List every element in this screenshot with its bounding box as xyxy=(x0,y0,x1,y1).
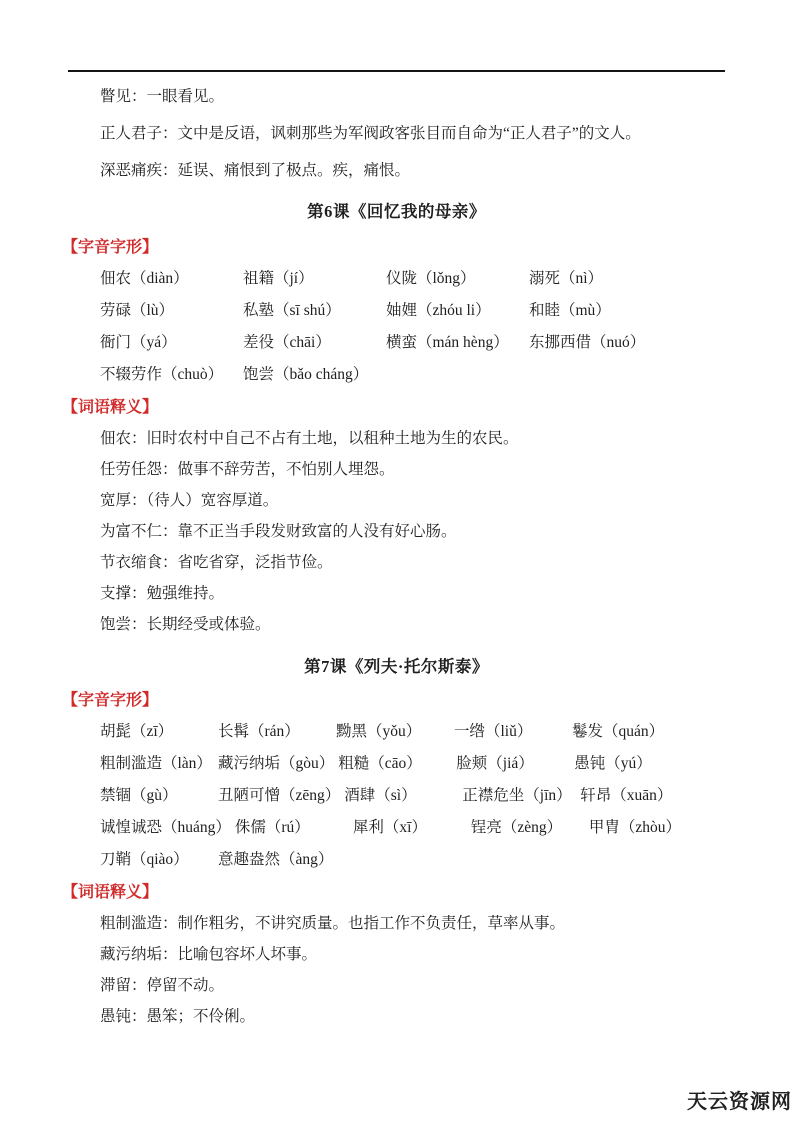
pinyin-term: 刀鞘（qiào） xyxy=(100,844,218,876)
gloss-line: 藏污纳垢：比喻包容坏人坏事。 xyxy=(100,939,793,970)
pinyin-row: 刀鞘（qiào） 意趣盎然（àng） xyxy=(100,844,793,876)
pinyin-term: 长髯（rán） xyxy=(218,716,336,748)
gloss-line: 宽厚：（待人）宽容厚道。 xyxy=(100,485,793,516)
definition-line: 正人君子：文中是反语，讽刺那些为军阀政客张目而自命为“正人君子”的文人。 xyxy=(100,115,793,152)
pinyin-term: 鬈发（quán） xyxy=(572,716,690,748)
pinyin-term: 胡髭（zī） xyxy=(100,716,218,748)
lesson7-gloss-header: 【词语释义】 xyxy=(62,878,793,908)
pinyin-term: 意趣盎然（àng） xyxy=(218,844,337,876)
definition-line: 深恶痛疾：延误、痛恨到了极点。疾，痛恨。 xyxy=(100,152,793,189)
gloss-line: 滞留：停留不动。 xyxy=(100,970,793,1001)
pinyin-term: 粗糙（cāo） xyxy=(338,748,456,780)
gloss-line: 为富不仁：靠不正当手段发财致富的人没有好心肠。 xyxy=(100,516,793,547)
gloss-line: 饱尝：长期经受或体验。 xyxy=(100,609,793,640)
gloss-line: 愚钝：愚笨；不伶俐。 xyxy=(100,1001,793,1032)
lesson6-pinyin-header: 【字音字形】 xyxy=(62,233,793,263)
pinyin-term: 横蛮（mán hèng） xyxy=(386,327,529,359)
pinyin-term: 差役（chāi） xyxy=(243,327,386,359)
pinyin-term: 粗制滥造（làn） xyxy=(100,748,218,780)
pinyin-row: 劳碌（lù） 私塾（sī shú） 妯娌（zhóu li） 和睦（mù） xyxy=(100,295,793,327)
pinyin-term: 愚钝（yú） xyxy=(574,748,692,780)
pinyin-term: 脸颊（jiá） xyxy=(456,748,574,780)
pinyin-row: 胡髭（zī） 长髯（rán） 黝黑（yǒu） 一绺（liǔ） 鬈发（quán） xyxy=(100,716,793,748)
pinyin-row: 粗制滥造（làn） 藏污纳垢（gòu） 粗糙（cāo） 脸颊（jiá） 愚钝（y… xyxy=(100,748,793,780)
pinyin-term: 诚惶诚恐（huáng） xyxy=(100,812,235,844)
pinyin-term: 不辍劳作（chuò） xyxy=(100,359,243,391)
document-page: 瞥见：一眼看见。 正人君子：文中是反语，讽刺那些为军阀政客张目而自命为“正人君子… xyxy=(0,0,793,1122)
pinyin-term: 禁锢（gù） xyxy=(100,780,218,812)
pinyin-term: 藏污纳垢（gòu） xyxy=(218,748,338,780)
gloss-line: 佃农：旧时农村中自己不占有土地，以租种土地为生的农民。 xyxy=(100,423,793,454)
pinyin-term: 轩昂（xuān） xyxy=(580,780,698,812)
pinyin-term: 溺死（nì） xyxy=(529,263,672,295)
pinyin-term: 侏儒（rú） xyxy=(235,812,353,844)
pinyin-term: 正襟危坐（jīn） xyxy=(462,780,580,812)
lesson7-title: 第7课《列夫·托尔斯泰》 xyxy=(0,654,793,680)
pinyin-term: 妯娌（zhóu li） xyxy=(386,295,529,327)
pinyin-term: 东挪西借（nuó） xyxy=(529,327,672,359)
pinyin-term: 劳碌（lù） xyxy=(100,295,243,327)
lesson6-title: 第6课《回忆我的母亲》 xyxy=(0,199,793,225)
pinyin-term: 锃亮（zèng） xyxy=(471,812,589,844)
pinyin-term: 一绺（liǔ） xyxy=(454,716,572,748)
pinyin-term: 犀利（xī） xyxy=(353,812,471,844)
pinyin-row: 衙门（yá） 差役（chāi） 横蛮（mán hèng） 东挪西借（nuó） xyxy=(100,327,793,359)
gloss-line: 节衣缩食：省吃省穿，泛指节俭。 xyxy=(100,547,793,578)
pinyin-row: 不辍劳作（chuò） 饱尝（bǎo cháng） xyxy=(100,359,793,391)
pinyin-term: 饱尝（bǎo cháng） xyxy=(243,359,386,391)
pinyin-term: 仪陇（lǒng） xyxy=(386,263,529,295)
gloss-line: 支撑：勉强维持。 xyxy=(100,578,793,609)
pinyin-row: 佃农（diàn） 祖籍（jí） 仪陇（lǒng） 溺死（nì） xyxy=(100,263,793,295)
pinyin-row: 禁锢（gù） 丑陋可憎（zēng） 酒肆（sì） 正襟危坐（jīn） 轩昂（xu… xyxy=(100,780,793,812)
gloss-line: 粗制滥造：制作粗劣，不讲究质量。也指工作不负责任，草率从事。 xyxy=(100,908,793,939)
pinyin-term: 甲胄（zhòu） xyxy=(589,812,707,844)
pinyin-term: 丑陋可憎（zēng） xyxy=(218,780,344,812)
definition-line: 瞥见：一眼看见。 xyxy=(100,78,793,115)
pinyin-row: 诚惶诚恐（huáng） 侏儒（rú） 犀利（xī） 锃亮（zèng） 甲胄（zh… xyxy=(100,812,793,844)
pinyin-term: 祖籍（jí） xyxy=(243,263,386,295)
pinyin-term: 酒肆（sì） xyxy=(344,780,462,812)
watermark-text: 天云资源网 xyxy=(687,1085,792,1114)
top-rule xyxy=(68,70,725,72)
pinyin-term: 私塾（sī shú） xyxy=(243,295,386,327)
lesson7-pinyin-header: 【字音字形】 xyxy=(62,686,793,716)
pinyin-term: 衙门（yá） xyxy=(100,327,243,359)
gloss-line: 任劳任怨：做事不辞劳苦，不怕别人埋怨。 xyxy=(100,454,793,485)
pinyin-term: 黝黑（yǒu） xyxy=(336,716,454,748)
lesson6-gloss-header: 【词语释义】 xyxy=(62,393,793,423)
pinyin-term: 佃农（diàn） xyxy=(100,263,243,295)
pinyin-term: 和睦（mù） xyxy=(529,295,672,327)
